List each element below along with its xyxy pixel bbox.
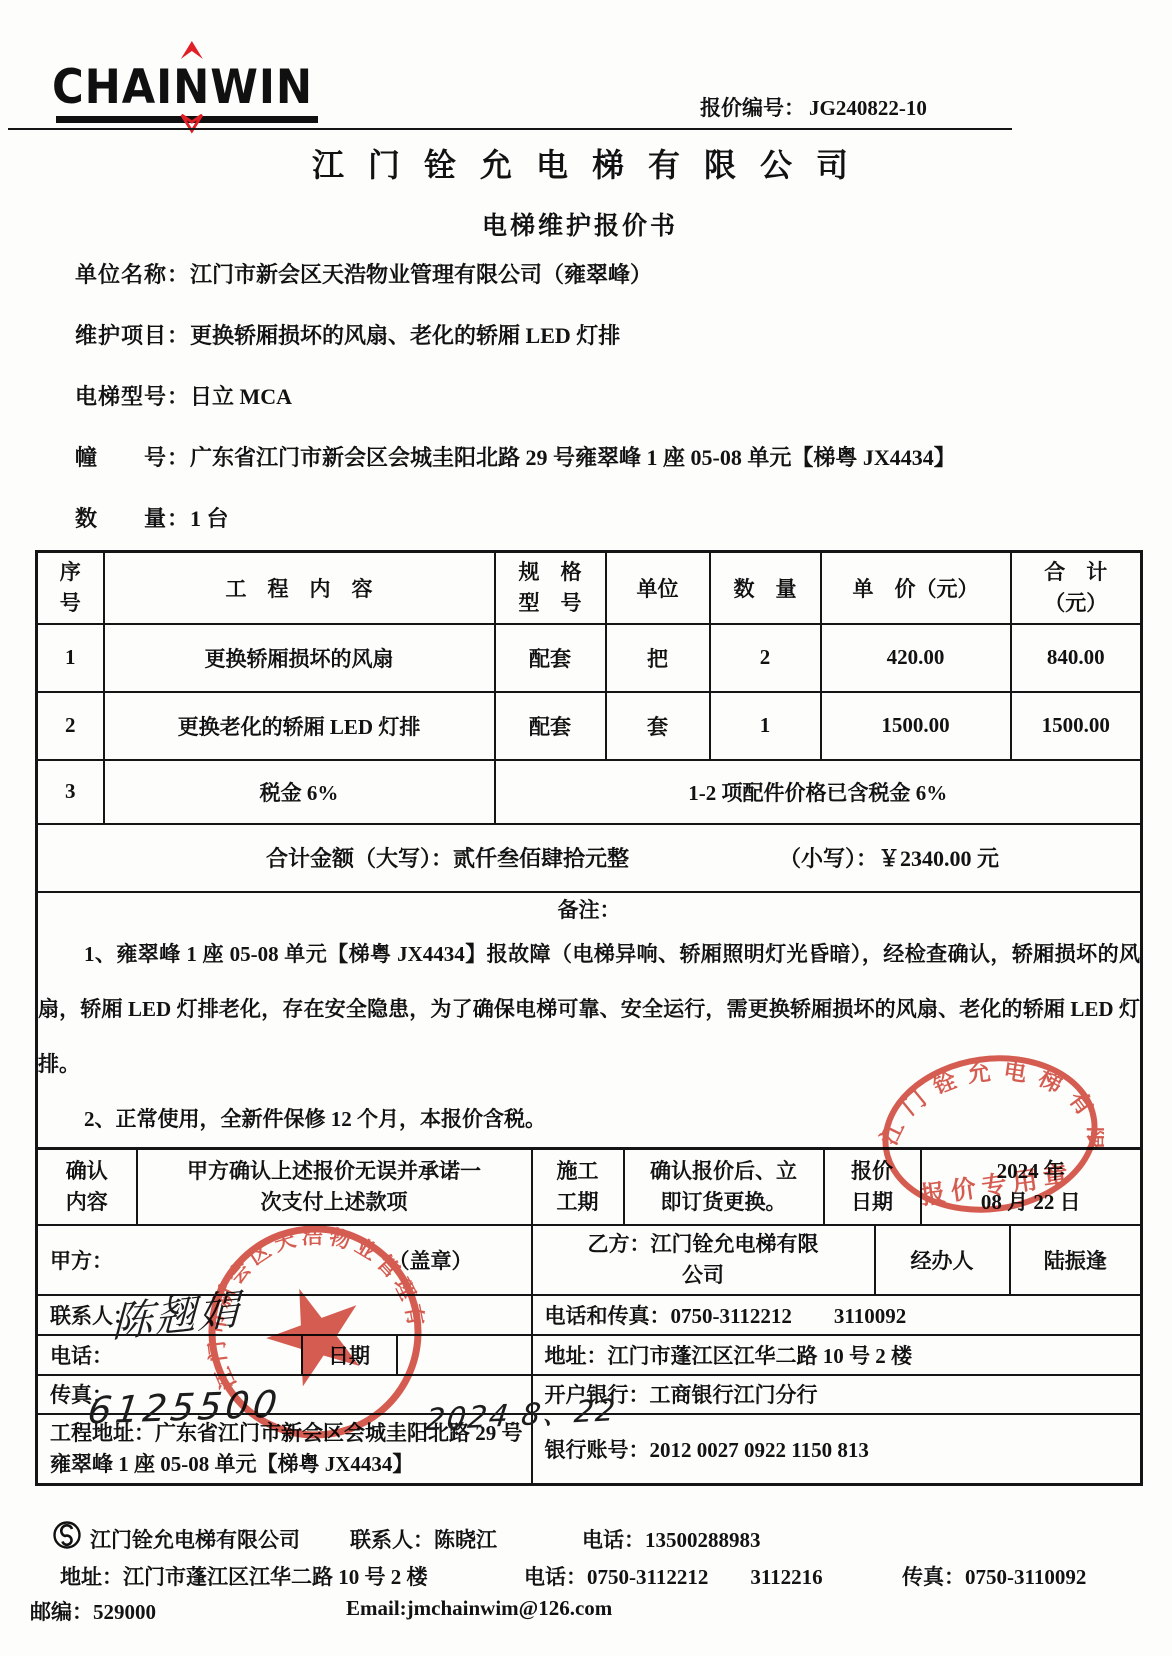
items-header-row: 序 号 工 程 内 容 规 格 型 号 单位 数 量 单 价（元） 合 计 （元… <box>37 552 1142 624</box>
footer-address: 地址：江门市蓬江区江华二路 10 号 2 楼 <box>60 1561 428 1591</box>
footer-fax: 传真：0750-3110092 <box>902 1561 1086 1591</box>
col-header-spec: 规 格 型 号 <box>495 552 606 624</box>
col-header-no: 序 号 <box>37 552 104 624</box>
footer-logo-icon <box>52 1520 82 1550</box>
info-field-elevator-model: 电梯型号：日立 MCA <box>75 380 1145 441</box>
agent-name: 陆振逢 <box>1010 1225 1142 1295</box>
footer-zip: 邮编：529000 <box>30 1596 156 1626</box>
chainwin-logo: CHAINWIN <box>52 60 352 123</box>
construction-period-value: 确认报价后、立 即订货更换。 <box>624 1149 824 1225</box>
footer-email: Email:jmchainwim@126.com <box>346 1596 612 1621</box>
logo-right: WIN <box>210 60 313 115</box>
confirm-commitment-text: 甲方确认上述报价无误并承诺一 次支付上述款项 <box>137 1149 532 1225</box>
item-unit: 套 <box>606 692 710 760</box>
table-row: 3 税金 6% 1-2 项配件价格已含税金 6% <box>37 760 1142 824</box>
sum-row: 合计金额（大写）：贰仟叁佰肆拾元整 （小写）：￥2340.00 元 <box>37 824 1142 892</box>
bank-account: 银行账号：2012 0027 0922 1150 813 <box>532 1414 1142 1485</box>
buyer-seal-stamp: 江门市新会区天浩物业管理有限公司 <box>205 1222 425 1442</box>
confirm-content-label: 确认 内容 <box>37 1149 137 1225</box>
agent-label: 经办人 <box>875 1225 1010 1295</box>
col-header-total: 合 计 （元） <box>1011 552 1142 624</box>
logo-mid: N <box>173 60 210 115</box>
item-content: 更换轿厢损坏的风扇 <box>104 624 495 692</box>
item-total: 1500.00 <box>1011 692 1142 760</box>
item-spec: 配套 <box>495 624 606 692</box>
red-arrow-down-icon <box>178 114 206 134</box>
party-a-label: 甲方： <box>50 1245 113 1275</box>
quote-number-value: JG240822-10 <box>809 96 927 120</box>
company-title: 江门铨允电梯有限公司 <box>0 140 1160 186</box>
chainwin-logo-text: CHAINWIN <box>52 60 328 115</box>
info-field-unit-name: 单位名称：江门市新会区天浩物业管理有限公司（雍翠峰） <box>75 258 1145 319</box>
tax-note-merged-cell: 1-2 项配件价格已含税金 6% <box>495 760 1142 824</box>
table-row: 1 更换轿厢损坏的风扇 配套 把 2 420.00 840.00 <box>37 624 1142 692</box>
item-price: 1500.00 <box>821 692 1011 760</box>
item-no: 2 <box>37 692 104 760</box>
footer-phone: 电话：13500288983 <box>582 1524 761 1554</box>
footer-tel: 电话：0750-3112212 3112216 <box>524 1561 823 1591</box>
item-unit: 把 <box>606 624 710 692</box>
quote-seal-stamp: 江门铨允电梯有限公司 报价专用章 <box>876 1048 1104 1220</box>
col-header-content: 工 程 内 容 <box>104 552 495 624</box>
quote-number: 报价编号：JG240822-10 <box>700 92 931 122</box>
table-row: 2 更换老化的轿厢 LED 灯排 配套 套 1 1500.00 1500.00 <box>37 692 1142 760</box>
party-b-cell: 乙方：江门铨允电梯有限 公司 <box>532 1225 875 1295</box>
item-spec: 配套 <box>495 692 606 760</box>
info-field-maintenance-item: 维护项目：更换轿厢损坏的风扇、老化的轿厢 LED 灯排 <box>75 319 1145 380</box>
footer-company: 江门铨允电梯有限公司 <box>90 1524 300 1554</box>
sum-amount-words: 合计金额（大写）：贰仟叁佰肆拾元整 <box>266 842 629 873</box>
construction-period-label: 施工 工期 <box>532 1149 624 1225</box>
item-no: 1 <box>37 624 104 692</box>
sum-cell: 合计金额（大写）：贰仟叁佰肆拾元整 （小写）：￥2340.00 元 <box>37 824 1142 892</box>
info-fields: 单位名称：江门市新会区天浩物业管理有限公司（雍翠峰） 维护项目：更换轿厢损坏的风… <box>75 258 1145 563</box>
item-total: 840.00 <box>1011 624 1142 692</box>
item-qty: 1 <box>710 692 821 760</box>
item-no: 3 <box>37 760 104 824</box>
header-divider-line <box>8 128 1012 130</box>
sum-amount-figures: （小写）：￥2340.00 元 <box>779 842 999 873</box>
phone-date-row: 电话： 日期 地址：江门市蓬江区江华二路 10 号 2 楼 <box>37 1335 1142 1375</box>
document-subtitle: 电梯维护报价书 <box>0 206 1160 242</box>
star-icon <box>254 1272 376 1392</box>
quote-seal-label: 报价专用章 <box>918 1160 1076 1210</box>
footer-contact: 联系人：陈晓江 <box>350 1524 497 1554</box>
party-b-phone-fax: 电话和传真：0750-3112212 3110092 <box>532 1295 1142 1335</box>
item-content: 更换老化的轿厢 LED 灯排 <box>104 692 495 760</box>
logo-left: CHAI <box>52 60 173 115</box>
party-b-bank: 开户银行：工商银行江门分行 <box>532 1375 1142 1414</box>
party-b-address: 地址：江门市蓬江区江华二路 10 号 2 楼 <box>532 1335 1142 1375</box>
elevator-quotation-document: CHAINWIN 报价编号：JG240822-10 江门铨允电梯有限公司 电梯维… <box>0 0 1172 1656</box>
item-price: 420.00 <box>821 624 1011 692</box>
col-header-qty: 数 量 <box>710 552 821 624</box>
red-arrow-up-icon <box>178 39 206 59</box>
item-content: 税金 6% <box>104 760 495 824</box>
remarks-label: 备注： <box>38 893 1140 927</box>
quote-number-label: 报价编号： <box>700 96 805 120</box>
col-header-unit: 单位 <box>606 552 710 624</box>
item-qty: 2 <box>710 624 821 692</box>
info-field-building-no: 幢 号：广东省江门市新会区会城圭阳北路 29 号雍翠峰 1 座 05-08 单元… <box>75 441 1145 502</box>
col-header-price: 单 价（元） <box>821 552 1011 624</box>
